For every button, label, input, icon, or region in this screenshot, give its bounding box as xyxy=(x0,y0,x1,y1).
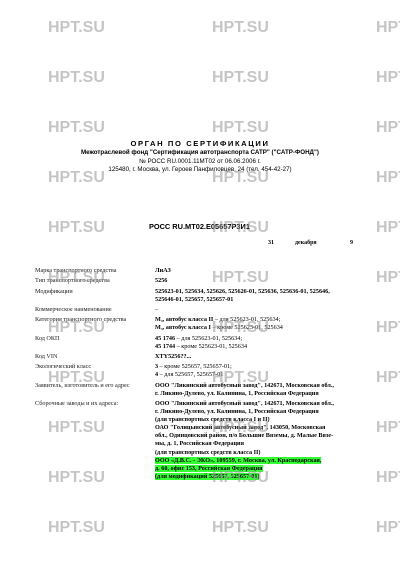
field-row: Модификации525623-01, 525634, 525626, 52… xyxy=(35,288,375,304)
value-line: 4 – для 525657, 525657-01 xyxy=(155,371,375,379)
date-year: 9 xyxy=(350,240,353,246)
value-line: M₃, автобус класса I – кроме 525623-01, … xyxy=(155,324,375,332)
field-label: Коммерческое наименование xyxy=(35,306,155,314)
field-row: Категория транспортного средстваM₃, авто… xyxy=(35,316,375,332)
issuer-registration: № РОСС RU.0001.11МТ02 от 06.06.2006 г. xyxy=(0,158,400,165)
field-label: Марка транспортного средства xyxy=(35,267,155,275)
value-line: обл., Одинцовский район, п/о Большие Вяз… xyxy=(155,432,375,440)
field-row: Марка транспортного средстваЛиАЗ xyxy=(35,267,375,275)
field-value: XTY5256??... xyxy=(155,353,375,361)
value-line: (для транспортных средств класса II) xyxy=(155,449,375,457)
field-label: Сборочные заводы и их адреса: xyxy=(35,400,155,481)
field-row: Код ОКП45 1746 – для 525623-01, 525634;4… xyxy=(35,335,375,351)
value-line: (для транспортных средств класса I и II) xyxy=(155,416,375,424)
field-label: Код VIN xyxy=(35,353,155,361)
value-line: XTY5256??... xyxy=(155,353,375,361)
field-label: Категория транспортного средства xyxy=(35,316,155,332)
field-value: 3 – кроме 525657, 525657-01;4 – для 5256… xyxy=(155,363,375,379)
field-row: Заявитель, изготовитель и его адресООО "… xyxy=(35,382,375,398)
value-line: – xyxy=(155,306,375,314)
field-label: Модификации xyxy=(35,288,155,304)
field-row: Код VINXTY5256??... xyxy=(35,353,375,361)
field-value: ООО "Ликинский автобусный завод", 142671… xyxy=(155,382,375,398)
field-row: Сборочные заводы и их адреса:ООО "Ликинс… xyxy=(35,400,375,481)
highlighted-value-line: ООО «Д.В.С. - ЭКО», 109559, г. Москва, у… xyxy=(155,457,375,465)
issuer-organization: Межотраслевой фонд "Сертификация автотра… xyxy=(0,149,400,156)
date-day: 31 xyxy=(268,240,274,246)
value-line: 5256 xyxy=(155,277,375,285)
highlighted-value-line: (для модификаций 525657, 525657-01) xyxy=(155,473,375,481)
field-row: Экологический класс3 – кроме 525657, 525… xyxy=(35,363,375,379)
certificate-number: РОСС RU.MT02.E05657P3И1 xyxy=(149,222,250,231)
value-line: мы, д. 1, Российская Федерация xyxy=(155,440,375,448)
field-value: 5256 xyxy=(155,277,375,285)
field-row: Коммерческое наименование– xyxy=(35,306,375,314)
value-line: ЛиАЗ xyxy=(155,267,375,275)
value-line: 525623-01, 525634, 525626, 525626-01, 52… xyxy=(155,288,375,296)
field-row: Тип транспортного средства5256 xyxy=(35,277,375,285)
highlighted-value-line: д. 60, офис 153, Российская Федерация xyxy=(155,465,375,473)
value-line: г. Ликино-Дулево, ул. Калинина, 1, Росси… xyxy=(155,408,375,416)
issuer-title: ОРГАН ПО СЕРТИФИКАЦИИ xyxy=(0,139,400,148)
value-line: M₃, автобус класса II – для 525623-01, 5… xyxy=(155,316,375,324)
field-label: Экологический класс xyxy=(35,363,155,379)
field-value: M₃, автобус класса II – для 525623-01, 5… xyxy=(155,316,375,332)
field-value: 45 1746 – для 525623-01, 525634;45 1744 … xyxy=(155,335,375,351)
value-line: 525646-01, 525657, 525657-01 xyxy=(155,296,375,304)
date-month: декабря xyxy=(295,240,317,246)
value-line: ОАО "Голицынский автобусный завод", 1430… xyxy=(155,424,375,432)
field-value: ЛиАЗ xyxy=(155,267,375,275)
issuer-address: 125480, г. Москва, ул. Героев Панфиловце… xyxy=(0,166,400,173)
field-label: Тип транспортного средства xyxy=(35,277,155,285)
value-line: 3 – кроме 525657, 525657-01; xyxy=(155,363,375,371)
field-value: 525623-01, 525634, 525626, 525626-01, 52… xyxy=(155,288,375,304)
certificate-document: ОРГАН ПО СЕРТИФИКАЦИИ Межотраслевой фонд… xyxy=(0,0,400,565)
value-line: ООО "Ликинский автобусный завод", 142671… xyxy=(155,382,375,390)
value-line: ООО "Ликинский автобусный завод", 142671… xyxy=(155,400,375,408)
field-label: Заявитель, изготовитель и его адрес xyxy=(35,382,155,398)
value-line: 45 1746 – для 525623-01, 525634; xyxy=(155,335,375,343)
value-line: г. Ликино-Дулево, ул. Калинина, 1, Росси… xyxy=(155,390,375,398)
vehicle-fields: Марка транспортного средстваЛиАЗТип тран… xyxy=(35,267,375,483)
field-value: – xyxy=(155,306,375,314)
value-line: 45 1744 – кроме 525623-01, 525634 xyxy=(155,343,375,351)
field-label: Код ОКП xyxy=(35,335,155,351)
field-value: ООО "Ликинский автобусный завод", 142671… xyxy=(155,400,375,481)
